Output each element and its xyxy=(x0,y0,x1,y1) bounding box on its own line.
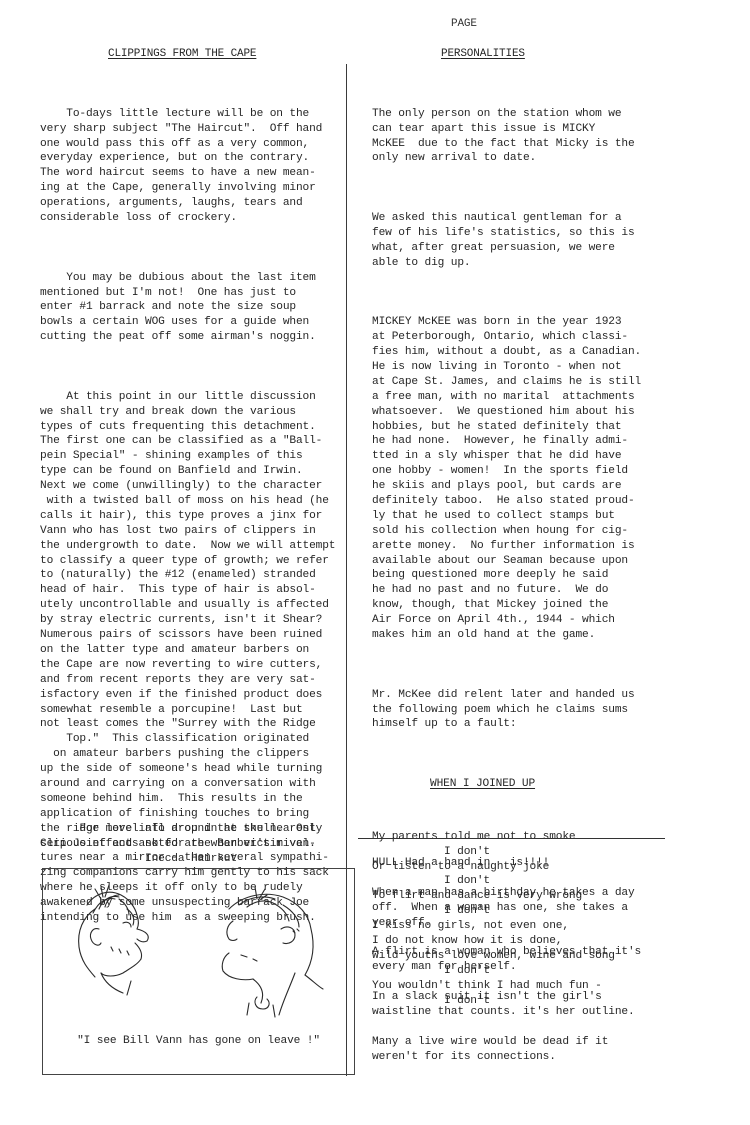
text-line: Numerous pairs of scissors have been rui… xyxy=(40,628,345,643)
cartoon-panel: "I see Bill Vann has gone on leave !" xyxy=(42,868,355,1075)
joke-item: HULL Had a hand in is!!!! xyxy=(372,856,692,871)
text-line: Next we come (unwillingly) to the charac… xyxy=(40,479,345,494)
text-line: what, after great persuasion, we were xyxy=(372,241,692,256)
page-label: PAGE xyxy=(451,17,477,32)
text-line: makes him an old hand at the game. xyxy=(372,628,692,643)
personalities-paragraph: MICKEY McKEE was born in the year 1923at… xyxy=(372,315,692,643)
joke-item: Many a live wire would be dead if itwere… xyxy=(372,1035,692,1065)
text-line: operations, arguments, laughs, tears and xyxy=(40,196,345,211)
text-line: arette money. No further information is xyxy=(372,539,692,554)
text-line: When a man has a birthday he takes a day xyxy=(372,886,692,901)
joke-item: When a man has a birthday he takes a day… xyxy=(372,886,692,931)
text-line: The word haircut seems to have a new mea… xyxy=(40,166,345,181)
text-line: You may be dubious about the last item xyxy=(40,271,345,286)
text-line: weren't for its connections. xyxy=(372,1050,692,1065)
text-line: considerable loss of crockery. xyxy=(40,211,345,226)
text-line: McKEE due to the fact that Micky is the xyxy=(372,137,692,152)
text-line: application of finishing touches to brin… xyxy=(40,807,345,822)
text-line: one would pass this off as a very common… xyxy=(40,137,345,152)
text-line: head of hair. This type of hair is absol… xyxy=(40,583,345,598)
text-line: being questioned more deeply he said xyxy=(372,568,692,583)
text-line: to classify a queer type of growth; we r… xyxy=(40,554,345,569)
text-line: to (naturally) the #12 (enameled) strand… xyxy=(40,568,345,583)
text-line: few of his life's statistics, so this is xyxy=(372,226,692,241)
text-line: A flirt is a woman who believes that it'… xyxy=(372,945,692,960)
left-column-heading: CLIPPINGS FROM THE CAPE xyxy=(108,47,256,62)
text-line: on the latter type and amateur barbers o… xyxy=(40,643,345,658)
text-line: up the side of someone's head while turn… xyxy=(40,762,345,777)
right-column-heading: PERSONALITIES xyxy=(441,47,525,62)
text-line: definitely taboo. He also stated proud- xyxy=(372,494,692,509)
text-line: cutting the peat off some airman's noggi… xyxy=(40,330,345,345)
text-line: He is now living in Toronto - when not xyxy=(372,360,692,375)
text-line: at Peterborough, Ontario, which classi- xyxy=(372,330,692,345)
text-line: we shall try and break down the various xyxy=(40,405,345,420)
text-line: Many a live wire would be dead if it xyxy=(372,1035,692,1050)
text-line: very sharp subject "The Haircut". Off ha… xyxy=(40,122,345,137)
article-signoff: For more info drop in at the nearestClip… xyxy=(40,822,350,867)
personalities-paragraph: Mr. McKee did relent later and handed us… xyxy=(372,688,692,733)
text-line: Clip Joint and ask for the Barber's riva… xyxy=(40,837,350,852)
text-line: Vann who has lost two pairs of clippers … xyxy=(40,524,345,539)
text-line: year off. xyxy=(372,916,692,931)
text-line: able to dig up. xyxy=(372,256,692,271)
text-line: ing at the Cape, generally involving min… xyxy=(40,181,345,196)
poem-title: WHEN I JOINED UP xyxy=(430,777,692,792)
text-line: Mr. McKee did relent later and handed us xyxy=(372,688,692,703)
text-line: The only person on the station whom we xyxy=(372,107,692,122)
text-line: and from recent reports they are very sa… xyxy=(40,673,345,688)
text-line: himself up to a fault: xyxy=(372,717,692,732)
cartoon-caption: "I see Bill Vann has gone on leave !" xyxy=(43,1034,354,1049)
text-line: a free man, with no marital attachments xyxy=(372,390,692,405)
text-line: mentioned but I'm not! One has just to xyxy=(40,286,345,301)
text-line: isfactory even if the finished product d… xyxy=(40,688,345,703)
joke-item: A flirt is a woman who believes that it'… xyxy=(372,945,692,975)
text-line: waistline that counts. it's her outline. xyxy=(372,1005,692,1020)
text-line: the following poem which he claims sums xyxy=(372,703,692,718)
text-line: the Cape are now reverting to wire cutte… xyxy=(40,658,345,673)
clippings-paragraph: You may be dubious about the last itemme… xyxy=(40,271,345,345)
text-line: Air Force on April 4th., 1944 - which xyxy=(372,613,692,628)
jokes-section: HULL Had a hand in is!!!!When a man has … xyxy=(372,856,692,1079)
text-line: he had none. However, he finally admi- xyxy=(372,434,692,449)
joke-item: In a slack suit it isn't the girl'swaist… xyxy=(372,990,692,1020)
text-line: every man for herself. xyxy=(372,960,692,975)
text-line: can tear apart this issue is MICKY xyxy=(372,122,692,137)
personalities-paragraph: The only person on the station whom weca… xyxy=(372,107,692,167)
text-line: For more info drop in at the nearest xyxy=(40,822,350,837)
text-line: he skiis and plays pool, but cards are xyxy=(372,479,692,494)
clippings-paragraph: To-days little lecture will be on thever… xyxy=(40,107,345,226)
text-line: To-days little lecture will be on the xyxy=(40,107,345,122)
text-line: bowls a certain WOG uses for a guide whe… xyxy=(40,315,345,330)
text-line: MICKEY McKEE was born in the year 1923 xyxy=(372,315,692,330)
text-line: around and carrying on a conversation wi… xyxy=(40,777,345,792)
text-line: hobbies, but he stated definitely that xyxy=(372,420,692,435)
text-line: tted in a sly whisper that he did have xyxy=(372,449,692,464)
text-line: know, though, that Mickey joined the xyxy=(372,598,692,613)
text-line: fies him, without a doubt, as a Canadian… xyxy=(372,345,692,360)
text-line: types of cuts frequenting this detachmen… xyxy=(40,420,345,435)
text-line: We asked this nautical gentleman for a xyxy=(372,211,692,226)
text-line: The first one can be classified as a "Ba… xyxy=(40,434,345,449)
text-line: available about our Seaman because upon xyxy=(372,554,692,569)
text-line: the undergrowth to date. Now we will att… xyxy=(40,539,345,554)
section-divider-rule xyxy=(358,838,665,839)
text-line: In a slack suit it isn't the girl's xyxy=(372,990,692,1005)
text-line: by stray electric currents, isn't it She… xyxy=(40,613,345,628)
text-line: everyday experience, but on the contrary… xyxy=(40,151,345,166)
text-line: Inecda Hairkut xyxy=(40,852,350,867)
personalities-paragraph: We asked this nautical gentleman for afe… xyxy=(372,211,692,271)
text-line: only new arrival to date. xyxy=(372,151,692,166)
text-line: At this point in our little discussion xyxy=(40,390,345,405)
text-line: on amateur barbers pushing the clippers xyxy=(40,747,345,762)
text-line: off. When a woman has one, she takes a xyxy=(372,901,692,916)
text-line: enter #1 barrack and note the size soup xyxy=(40,300,345,315)
text-line: whatsoever. We questioned him about his xyxy=(372,405,692,420)
text-line: one hobby - women! In the sports field xyxy=(372,464,692,479)
text-line: utely uncontrollable and usually is affe… xyxy=(40,598,345,613)
text-line: not least comes the "Surrey with the Rid… xyxy=(40,717,345,732)
text-line: calls it hair), this type proves a jinx … xyxy=(40,509,345,524)
text-line: HULL Had a hand in is!!!! xyxy=(372,856,692,871)
text-line: pein Special" - shining examples of this xyxy=(40,449,345,464)
text-line: ly that he used to collect stamps but xyxy=(372,509,692,524)
text-line: at Cape St. James, and claims he is stil… xyxy=(372,375,692,390)
text-line: type can be found on Banfield and Irwin. xyxy=(40,464,345,479)
text-line: somewhat resemble a porcupine! Last but xyxy=(40,703,345,718)
text-line: Top." This classification originated xyxy=(40,732,345,747)
text-line: he had no past and no future. We do xyxy=(372,583,692,598)
text-line: someone behind him. This results in the xyxy=(40,792,345,807)
text-line: sold his collection when houng for cig- xyxy=(372,524,692,539)
text-line: with a twisted ball of moss on his head … xyxy=(40,494,345,509)
